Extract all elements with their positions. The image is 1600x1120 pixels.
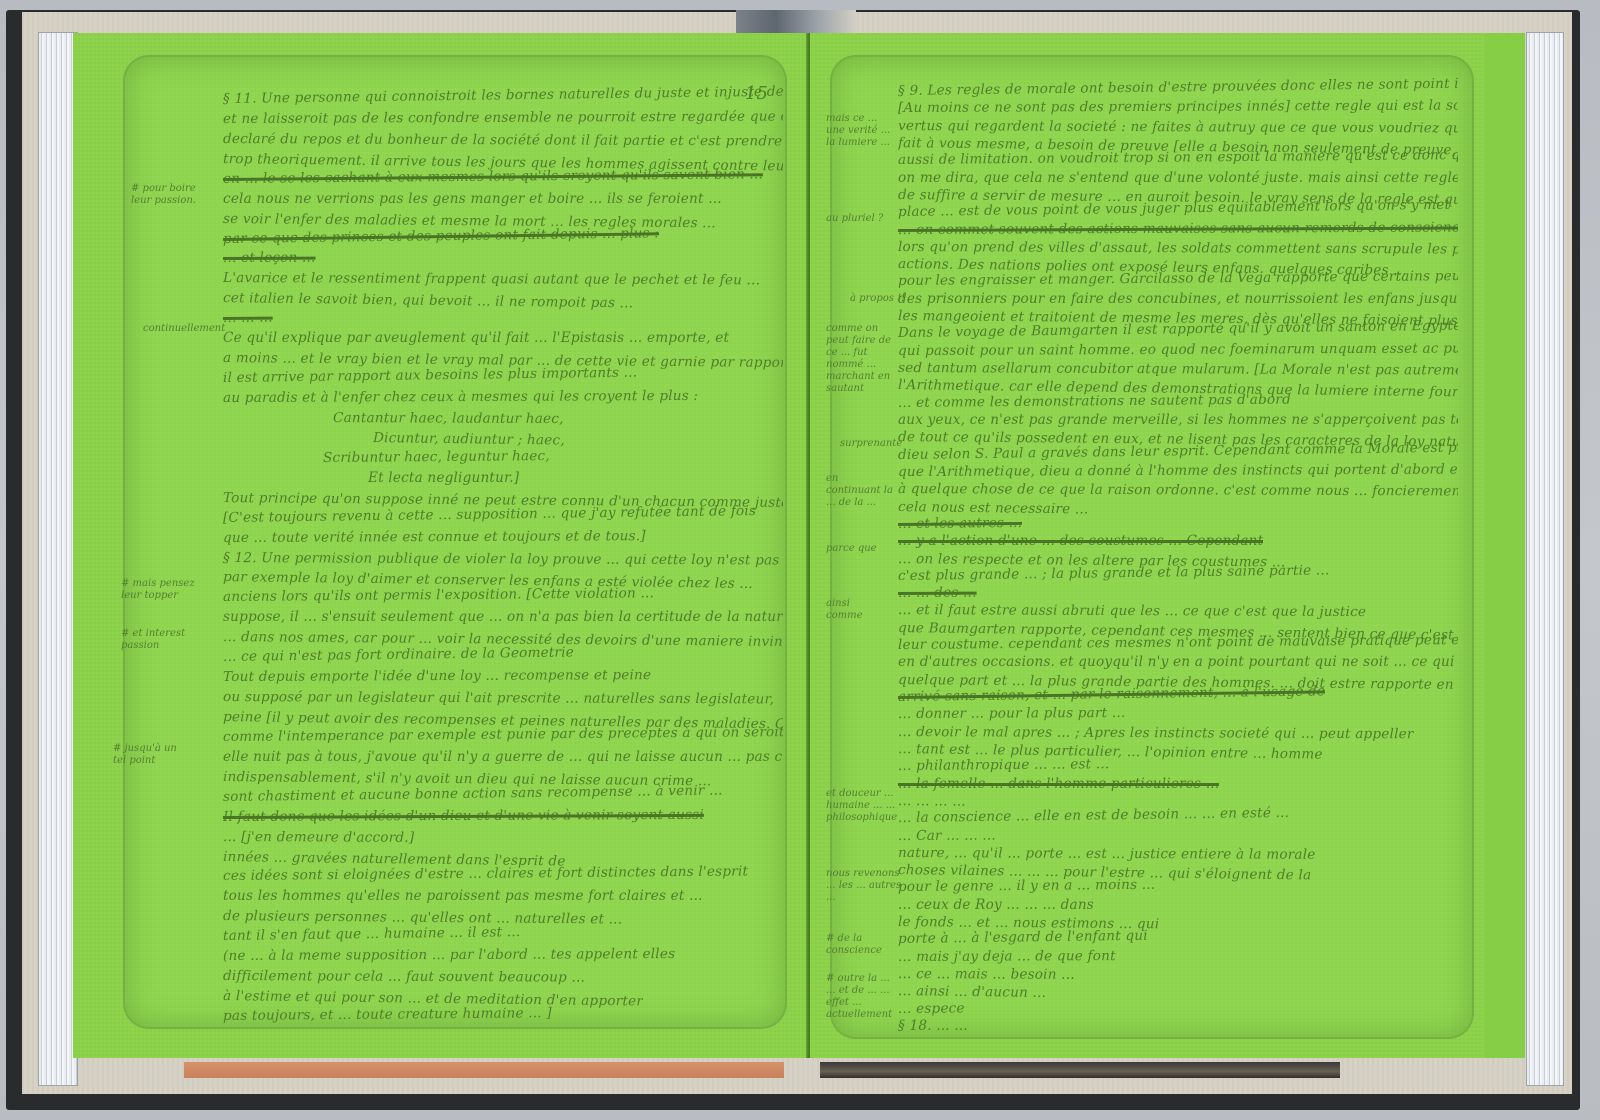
manuscript-line: qui passoit pour un saint homme. eo quod… [898, 340, 1458, 358]
margin-note: # pour boire leur passion. [131, 183, 211, 207]
manuscript-line: ... ... des ... [898, 585, 977, 601]
manuscript-line: suppose, il ... s'ensuit seulement que .… [223, 609, 783, 625]
manuscript-line: (ne ... à la meme supposition ... par l'… [223, 946, 675, 964]
manuscript-line: aux yeux, ce n'est pas grande merveille,… [898, 412, 1458, 428]
margin-note: # mais pensez leur topper [121, 578, 201, 602]
manuscript-line: cela nous ne verrions pas les gens mange… [223, 191, 722, 207]
manuscript-line: ... et il faut estre aussi abruti que le… [898, 602, 1366, 620]
margin-note: comme on peut faire de ce ... fut nommé … [826, 323, 896, 395]
margin-note: # outre la ... ... et de ... ... effet .… [826, 973, 896, 1021]
manuscript-line: Tout depuis emporte l'idée d'une loy ...… [223, 667, 651, 685]
manuscript-line: sed tantum asellarum concubitor atque mu… [898, 360, 1458, 378]
margin-note: continuellement [143, 323, 233, 335]
manuscript-line: difficilement pour cela ... faut souvent… [223, 968, 585, 986]
margin-note: mais ce ... une verité ... la lumiere ..… [826, 113, 896, 149]
manuscript-line: L'avarice et le ressentiment frappent qu… [223, 270, 760, 288]
margin-note: # jusqu'à un tel point [113, 743, 193, 767]
manuscript-line: ... donner ... pour la plus part ... [898, 705, 1125, 722]
margin-note: et douceur ... humaine ... ... philosoph… [826, 788, 906, 824]
margin-note: nous revenons ... les ... autres ... [826, 868, 906, 904]
manuscript-line: pour le genre ... il y en a ... moins ..… [898, 877, 1155, 895]
manuscript-line: vertus qui regardent la societé : ne fai… [898, 118, 1458, 136]
manuscript-line: § 12. Une permission publique de violer … [223, 550, 783, 568]
manuscript-line: ... y a l'action d'une ... des coustumes… [898, 533, 1263, 549]
manuscript-line: ... [j'en demeure d'accord.] [223, 829, 414, 846]
manuscript-line: Il faut donc que les idées d'un dieu et … [223, 807, 704, 825]
manuscript-line: ... ... ... ... [898, 793, 966, 810]
manuscript-line: ... philanthropique ... ... est ... [898, 756, 1110, 774]
manuscript-line: tous les hommes qu'elles ne paroissent p… [223, 888, 703, 904]
manuscript-line: en d'autres occasions. et quoyqu'il n'y … [898, 654, 1458, 670]
manuscript-line: lors qu'on prend des villes d'assaut, le… [898, 239, 1458, 257]
manuscript-line: § 18. ... ... [898, 1018, 968, 1034]
manuscript-line: Ce qu'il explique par aveuglement qu'il … [223, 330, 729, 346]
margin-note: # de la conscience [826, 933, 896, 957]
manuscript-line: Cantantur haec, laudantur haec, [333, 410, 564, 427]
right-page-margin [1485, 33, 1525, 1058]
manuscript-line: ... ainsi ... d'aucun ... [898, 983, 1046, 1001]
manuscript-line: [Au moins ce ne sont pas des premiers pr… [898, 98, 1458, 116]
manuscript-line: à quelque chose de ce que la raison ordo… [898, 481, 1458, 499]
margin-note: au pluriel ? [826, 213, 886, 225]
manuscript-line: ... ... ... [223, 310, 273, 326]
manuscript-line: ... ce ... mais ... besoin ... [898, 966, 1075, 983]
manuscript-line: pas toujours, et ... toute creature huma… [223, 1005, 552, 1024]
manuscript-line: Dicuntur, audiuntur ; haec, [373, 430, 565, 449]
manuscript-line: elle nuit pas à tous, j'avoue qu'il n'y … [223, 749, 783, 765]
manuscript-line: ... la femelle ... dans l'homme particul… [898, 776, 1219, 792]
manuscript-line: que ... toute verité innée est connue et… [223, 528, 646, 546]
manuscript-line: declaré du repos et du bonheur de la soc… [223, 131, 783, 149]
manuscript-line: ... espece [898, 1000, 965, 1017]
manuscript-line: Scribuntur haec, leguntur haec, [323, 448, 550, 466]
manuscript-line: ... et les autres ... [898, 515, 1022, 532]
manuscript-line: ... on commet souvent des actions mauvai… [898, 219, 1458, 237]
manuscript-line: ou supposé par un legislateur qui l'ait … [223, 689, 774, 707]
bookmark-ribbon [184, 1062, 784, 1078]
margin-note: en continuant la ... de la ... [826, 473, 896, 509]
left-page: 15 # pour boire leur passion.continuelle… [73, 33, 810, 1058]
manuscript-line: des prisonniers pour en faire des concub… [898, 291, 1458, 307]
manuscript-line: ... ceux de Roy ... ... ... dans [898, 897, 1094, 913]
manuscript-line: et ne laisseroit pas de les confondre en… [223, 108, 783, 126]
margin-note: ainsi comme [826, 598, 886, 622]
bottom-binding-edge [820, 1062, 1340, 1078]
manuscript-line: nature, ... qu'il ... porte ... est ... … [898, 845, 1316, 863]
left-page-edges [38, 32, 78, 1086]
right-page-edges [1526, 32, 1564, 1086]
manuscript-line: ... mais j'ay deja ... de que font [898, 948, 1116, 965]
right-page: mais ce ... une verité ... la lumiere ..… [810, 33, 1525, 1058]
manuscript-line: Et lecta negliguntur.] [368, 470, 519, 486]
manuscript-line: ... et leçon ... [223, 250, 316, 266]
manuscript-line: ... Car ... ... ... [898, 827, 996, 843]
margin-note: # et interest passion [121, 628, 201, 652]
manuscript-line: que l'Arithmetique, dieu a donné à l'hom… [898, 461, 1458, 479]
manuscript-line: au paradis et à l'enfer chez ceux à mesm… [223, 388, 698, 406]
manuscript-line: ... et comme les demonstrations ne saute… [898, 391, 1291, 410]
margin-note: parce que [826, 543, 886, 555]
manuscript-line: ... devoir le mal apres ... ; Apres les … [898, 724, 1414, 742]
manuscript-line: on me dira, que cela ne s'entend que d'u… [898, 170, 1458, 186]
